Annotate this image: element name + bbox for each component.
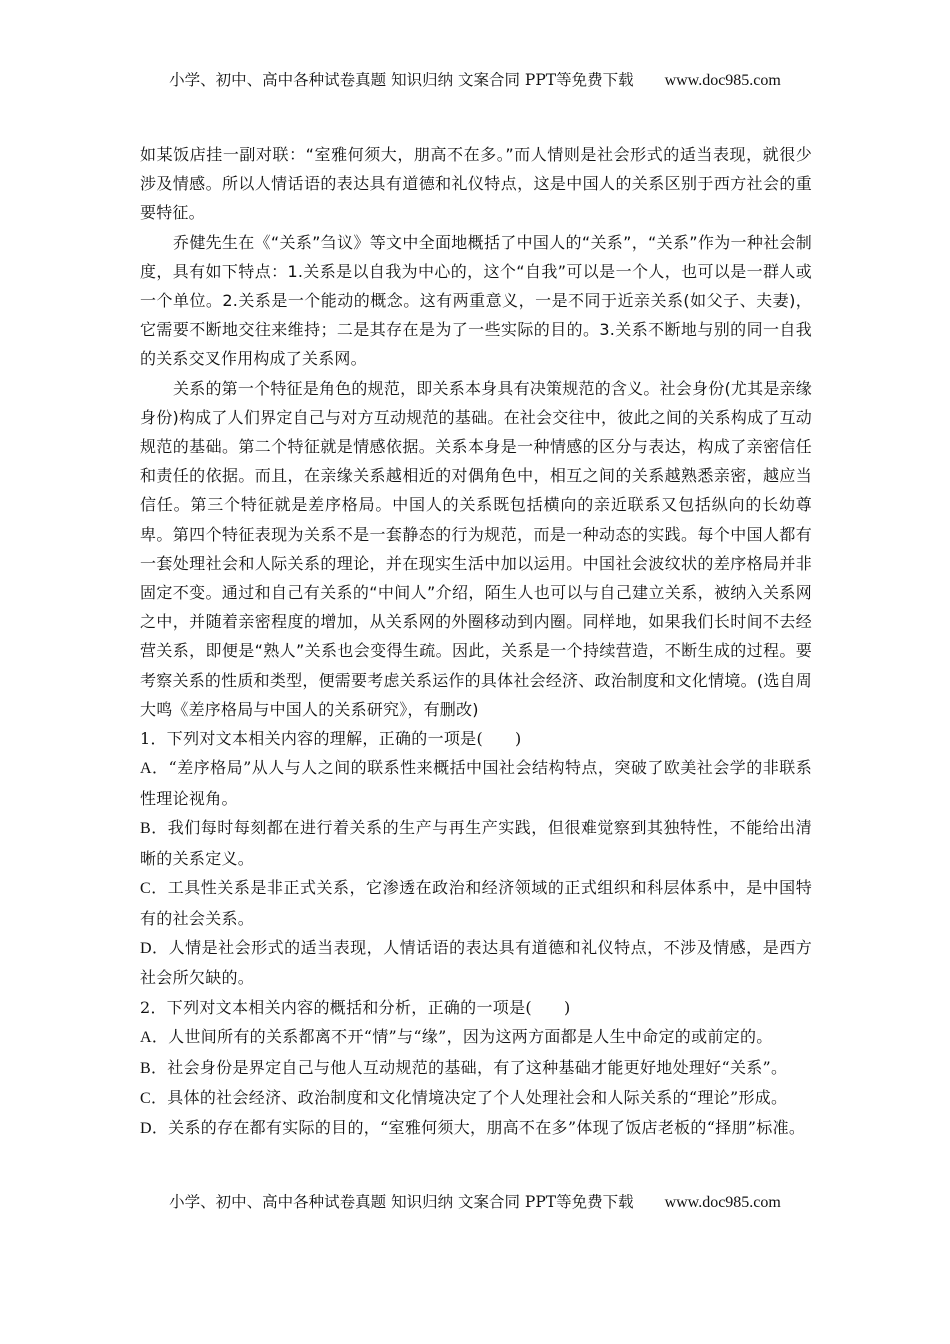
option-a: A．“差序格局”从人与人之间的联系性来概括中国社会结构特点，突破了欧美社会学的非… — [140, 753, 812, 813]
option-letter: D． — [140, 1120, 168, 1137]
option-c: C．具体的社会经济、政治制度和文化情境决定了个人处理社会和人际关系的“理论”形成… — [140, 1083, 812, 1113]
header-text: 小学、初中、高中各种试卷真题 知识归纳 文案合同 PPT等免费下载 — [169, 71, 633, 89]
question-list: 1．下列对文本相关内容的理解，正确的一项是() A．“差序格局”从人与人之间的联… — [140, 724, 812, 1144]
question-stem: 1．下列对文本相关内容的理解，正确的一项是() — [140, 724, 812, 753]
option-text: 人情是社会形式的适当表现，人情话语的表达具有道德和礼仪特点，不涉及情感，是西方社… — [140, 938, 812, 987]
question-text: 下列对文本相关内容的概括和分析，正确的一项是( — [167, 998, 532, 1017]
page-header: 小学、初中、高中各种试卷真题 知识归纳 文案合同 PPT等免费下载 www.do… — [0, 68, 950, 90]
option-b: B．我们每时每刻都在进行着关系的生产与再生产实践，但很难觉察到其独特性，不能给出… — [140, 813, 812, 873]
footer-url: www.doc985.com — [665, 1194, 781, 1211]
option-text: “差序格局”从人与人之间的联系性来概括中国社会结构特点，突破了欧美社会学的非联系… — [140, 758, 812, 807]
question-paren-close: ) — [564, 998, 571, 1017]
option-a: A．人世间所有的关系都离不开“情”与“缘”，因为这两方面都是人生中命定的或前定的… — [140, 1022, 812, 1052]
option-letter: C． — [140, 1090, 167, 1107]
footer-text: 小学、初中、高中各种试卷真题 知识归纳 文案合同 PPT等免费下载 — [169, 1193, 633, 1211]
option-letter: B． — [140, 820, 168, 837]
option-letter: A． — [140, 760, 169, 777]
option-letter: C． — [140, 880, 168, 897]
option-text: 具体的社会经济、政治制度和文化情境决定了个人处理社会和人际关系的“理论”形成。 — [167, 1088, 787, 1107]
question-2: 2．下列对文本相关内容的概括和分析，正确的一项是() A．人世间所有的关系都离不… — [140, 993, 812, 1144]
question-stem: 2．下列对文本相关内容的概括和分析，正确的一项是() — [140, 993, 812, 1022]
question-1: 1．下列对文本相关内容的理解，正确的一项是() A．“差序格局”从人与人之间的联… — [140, 724, 812, 993]
question-paren-close: ) — [515, 729, 522, 748]
option-text: 关系的存在都有实际的目的，“室雅何须大，朋高不在多”体现了饭店老板的“择朋”标准… — [168, 1118, 805, 1137]
option-c: C．工具性关系是非正式关系，它渗透在政治和经济领域的正式组织和科层体系中，是中国… — [140, 873, 812, 933]
option-b: B．社会身份是界定自己与他人互动规范的基础，有了这种基础才能更好地处理好“关系”… — [140, 1053, 812, 1083]
question-text: 下列对文本相关内容的理解，正确的一项是( — [167, 729, 483, 748]
option-text: 我们每时每刻都在进行着关系的生产与再生产实践，但很难觉察到其独特性，不能给出清晰… — [140, 818, 812, 867]
option-d: D．人情是社会形式的适当表现，人情话语的表达具有道德和礼仪特点，不涉及情感，是西… — [140, 933, 812, 993]
option-text: 人世间所有的关系都离不开“情”与“缘”，因为这两方面都是人生中命定的或前定的。 — [168, 1027, 772, 1046]
page-footer: 小学、初中、高中各种试卷真题 知识归纳 文案合同 PPT等免费下载 www.do… — [0, 1190, 950, 1212]
option-letter: B． — [140, 1060, 167, 1077]
document-body: 如某饭店挂一副对联：“室雅何须大，朋高不在多。”而人情则是社会形式的适当表现，就… — [140, 140, 812, 1144]
passage-paragraph: 关系的第一个特征是角色的规范，即关系本身具有决策规范的含义。社会身份(尤其是亲缘… — [140, 374, 812, 724]
option-d: D．关系的存在都有实际的目的，“室雅何须大，朋高不在多”体现了饭店老板的“择朋”… — [140, 1113, 812, 1143]
header-url: www.doc985.com — [665, 72, 781, 89]
option-text: 社会身份是界定自己与他人互动规范的基础，有了这种基础才能更好地处理好“关系”。 — [167, 1058, 787, 1077]
question-number: 1． — [140, 729, 167, 748]
passage-paragraph: 如某饭店挂一副对联：“室雅何须大，朋高不在多。”而人情则是社会形式的适当表现，就… — [140, 140, 812, 228]
option-text: 工具性关系是非正式关系，它渗透在政治和经济领域的正式组织和科层体系中，是中国特有… — [140, 878, 812, 927]
option-letter: A． — [140, 1029, 168, 1046]
option-letter: D． — [140, 940, 169, 957]
question-number: 2． — [140, 998, 167, 1017]
passage-paragraph: 乔健先生在《“关系”刍议》等文中全面地概括了中国人的“关系”，“关系”作为一种社… — [140, 228, 812, 374]
